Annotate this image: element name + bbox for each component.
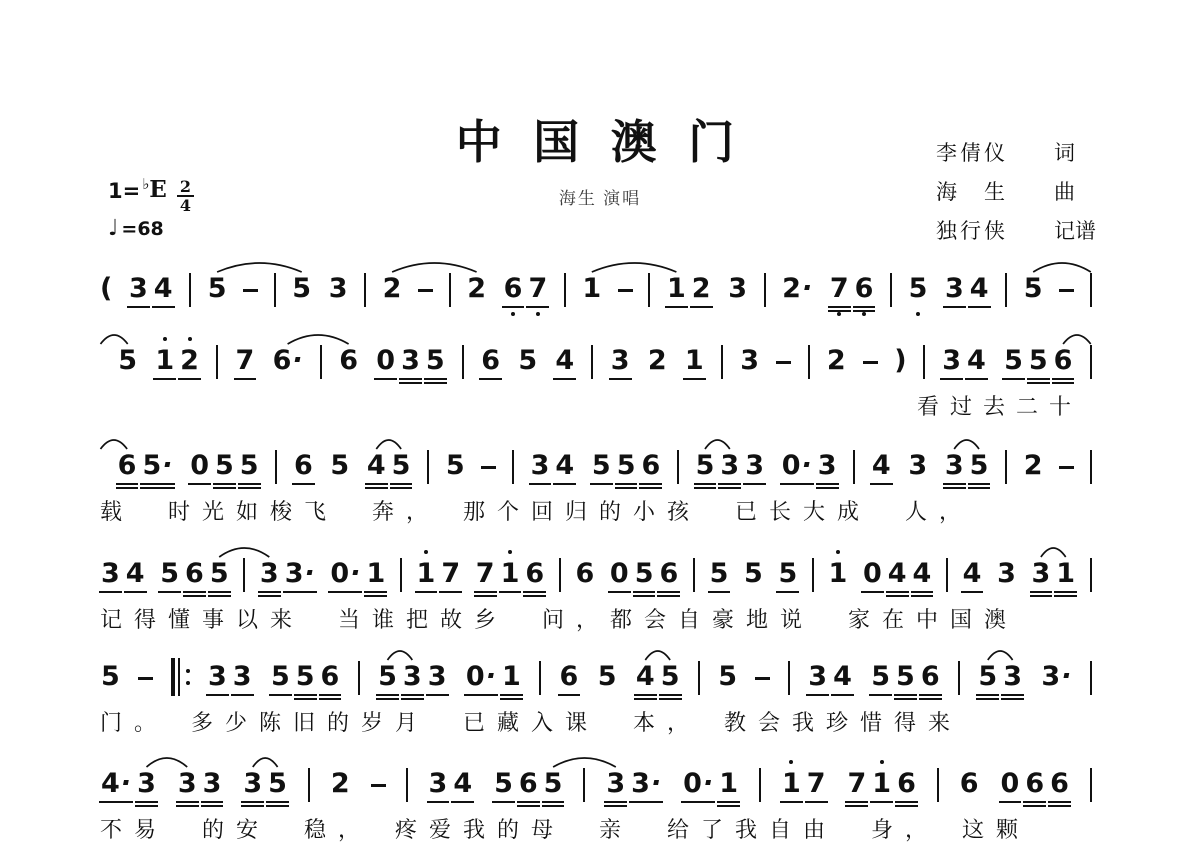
note: 4 <box>871 451 892 493</box>
underline <box>1048 801 1071 803</box>
tie-arc <box>1041 548 1066 557</box>
duration-dot: · <box>651 768 661 799</box>
underline <box>231 694 254 696</box>
note: 0 <box>375 346 396 388</box>
note: 3 <box>996 559 1017 601</box>
underline <box>604 805 627 807</box>
note: 6 <box>559 662 580 704</box>
barline <box>693 558 695 592</box>
note: 6 <box>518 769 539 811</box>
underline <box>861 591 884 593</box>
underline <box>399 378 422 380</box>
tempo-bpm: 68 <box>137 218 163 240</box>
note: 6 <box>854 274 875 316</box>
underline <box>1001 694 1024 696</box>
duration-dot: · <box>703 768 713 799</box>
underline <box>718 483 741 485</box>
note: 6 <box>338 346 359 388</box>
tie-arc <box>1063 335 1091 344</box>
tie-arc <box>388 651 413 660</box>
note: 3 <box>177 769 198 811</box>
underline <box>694 487 717 489</box>
underline <box>517 805 540 807</box>
note: 3 <box>807 662 828 704</box>
note: 2 <box>826 346 847 388</box>
note: 4 <box>969 274 990 316</box>
barline <box>189 273 191 307</box>
barline <box>216 345 218 379</box>
underline <box>717 801 740 803</box>
lyrics-row: 记得懂事以来 当谁把故乡 问，都会自豪地说 家在中国澳 <box>100 603 1092 634</box>
note: 4 <box>635 662 656 704</box>
underline <box>805 801 828 803</box>
note: 4 <box>912 559 933 601</box>
underline <box>717 805 740 807</box>
note: 3 <box>727 274 748 316</box>
underline <box>919 694 942 696</box>
underline <box>258 591 281 593</box>
dash-note <box>371 784 386 787</box>
barline <box>400 558 402 592</box>
underline <box>500 694 523 696</box>
underline <box>542 805 565 807</box>
beamed-group: 0·1 <box>329 559 386 601</box>
note: 0· <box>682 769 714 811</box>
barline <box>1005 273 1007 307</box>
underline <box>965 378 988 380</box>
note: 3 <box>719 451 740 493</box>
note: 4 <box>966 346 987 388</box>
system-line-6: 4·3333523456533·0·1177166066不易 的安 稳， 疼爱我… <box>100 753 1092 844</box>
underline <box>188 483 211 485</box>
note: 4 <box>962 559 983 601</box>
duration-dot: · <box>350 558 360 589</box>
note: 2 <box>647 346 668 388</box>
underline <box>558 694 581 696</box>
note: 5 <box>908 274 929 316</box>
underline <box>135 805 158 807</box>
beamed-group: 0·1 <box>465 662 522 704</box>
barline <box>853 450 855 484</box>
beamed-group: 53 <box>977 662 1023 704</box>
note: 5 <box>391 451 412 493</box>
duration-dot: · <box>305 558 315 589</box>
beamed-group: 33· <box>259 559 316 601</box>
octave-dot <box>836 550 840 554</box>
barline <box>358 661 360 695</box>
underline <box>241 805 264 807</box>
underline <box>816 487 839 489</box>
underline <box>1023 801 1046 803</box>
note: 0· <box>781 451 813 493</box>
beamed-group: 0·1 <box>682 769 739 811</box>
note: 3· <box>284 559 316 601</box>
note: 5 <box>695 451 716 493</box>
underline <box>968 487 991 489</box>
note: 1 <box>1055 559 1076 601</box>
underline <box>464 694 498 696</box>
note: 4 <box>153 274 174 316</box>
underline <box>853 306 876 308</box>
note: 5 <box>1023 274 1044 316</box>
tie-arc <box>217 263 302 272</box>
note: 5 <box>117 346 138 388</box>
lyrics-row: 门。 多少陈旧的岁月 已藏入课 本， 教会我珍惜得来 <box>100 706 1092 737</box>
duration-dot: · <box>1061 661 1071 692</box>
underline <box>1054 591 1077 593</box>
underline <box>152 306 175 308</box>
barline <box>937 768 939 802</box>
underline <box>292 483 315 485</box>
tie-arc <box>101 335 128 344</box>
note: 5 <box>870 662 891 704</box>
underline <box>294 694 317 696</box>
note: 5 <box>660 662 681 704</box>
underline <box>365 487 388 489</box>
barline <box>890 273 892 307</box>
barline <box>764 273 766 307</box>
note: 3· <box>1040 662 1072 704</box>
note: 6 <box>1053 346 1074 388</box>
octave-dot <box>424 550 428 554</box>
system-line-5: 5335565330·16545534556533·门。 多少陈旧的岁月 已藏入… <box>100 646 1092 737</box>
underline <box>474 591 497 593</box>
composer-role: 曲 <box>1054 176 1075 206</box>
note: 1 <box>500 559 521 601</box>
note: 5 <box>377 662 398 704</box>
barline <box>274 273 276 307</box>
octave-dot <box>862 312 866 316</box>
transcriber-role: 记谱 <box>1054 215 1096 245</box>
underline <box>911 591 934 593</box>
note: 3 <box>232 662 253 704</box>
tie-arc <box>954 440 979 449</box>
underline <box>961 591 984 593</box>
underline <box>328 591 362 593</box>
tie-arc <box>288 335 349 344</box>
underline <box>390 483 413 485</box>
underline <box>1002 378 1025 380</box>
beamed-group: 17 <box>416 559 462 601</box>
underline <box>140 483 174 485</box>
barline <box>923 345 925 379</box>
underline <box>99 591 122 593</box>
octave-dot <box>880 760 884 764</box>
tie-arc <box>392 263 477 272</box>
note: 5 <box>597 662 618 704</box>
underline <box>968 306 991 308</box>
underline <box>911 595 934 597</box>
underline <box>869 694 892 696</box>
barline <box>591 345 593 379</box>
credit-transcriber: 独行侠 记谱 <box>936 215 1096 245</box>
note: 6 <box>658 559 679 601</box>
note: 5 <box>239 451 260 493</box>
note: 7 <box>475 559 496 601</box>
underline <box>1027 378 1050 380</box>
barline <box>648 273 650 307</box>
dash-note <box>863 361 878 364</box>
note: 4 <box>832 662 853 704</box>
barline <box>1090 661 1092 695</box>
note: 5 <box>295 662 316 704</box>
underline <box>780 483 814 485</box>
underline <box>492 801 515 803</box>
note: 6 <box>293 451 314 493</box>
beamed-group: 056 <box>609 559 679 601</box>
underline <box>1052 382 1075 384</box>
repeat-sign <box>171 658 190 696</box>
note: 7 <box>806 769 827 811</box>
underline <box>529 483 552 485</box>
note: 3 <box>1031 559 1052 601</box>
octave-dot <box>511 312 515 316</box>
barline <box>583 768 585 802</box>
beamed-group: 565 <box>493 769 563 811</box>
underline <box>234 378 257 380</box>
note: 2 <box>382 274 403 316</box>
beamed-group: 34 <box>941 346 987 388</box>
note: 2 <box>466 274 487 316</box>
transcriber-name: 独行侠 <box>936 215 1054 245</box>
underline <box>376 694 399 696</box>
underline <box>828 306 851 308</box>
underline <box>183 595 206 597</box>
note: 6 <box>959 769 980 811</box>
underline <box>895 801 918 803</box>
note: 5 <box>159 559 180 601</box>
note: 5 <box>743 559 764 601</box>
beamed-group: 33 <box>177 769 223 811</box>
duration-dot: · <box>486 661 496 692</box>
note: 4· <box>100 769 132 811</box>
barline <box>958 661 960 695</box>
underline <box>213 487 236 489</box>
dash-note <box>418 289 433 292</box>
underline <box>639 487 662 489</box>
barline <box>946 558 948 592</box>
underline <box>176 805 199 807</box>
credit-lyricist: 李倩仪 词 <box>936 137 1096 167</box>
note: 6 <box>896 769 917 811</box>
underline <box>424 378 447 380</box>
underline <box>451 801 474 803</box>
tie-arc <box>705 440 730 449</box>
note: 4 <box>125 559 146 601</box>
underline <box>153 378 176 380</box>
barline <box>559 558 561 592</box>
dash-note <box>776 361 791 364</box>
barline <box>320 345 322 379</box>
note: 1 <box>581 274 602 316</box>
underline <box>683 378 706 380</box>
underline <box>1054 595 1077 597</box>
note: 1 <box>365 559 386 601</box>
underline <box>665 306 688 308</box>
tie-arc <box>147 758 188 767</box>
underline <box>208 591 231 593</box>
dash-note <box>618 289 633 292</box>
barline <box>308 768 310 802</box>
underline <box>681 801 715 803</box>
note: 3 <box>739 346 760 388</box>
note: 3 <box>242 769 263 811</box>
beamed-group: 12 <box>154 346 200 388</box>
underline <box>319 694 342 696</box>
note: 4 <box>554 451 575 493</box>
underline <box>401 698 424 700</box>
note: 5 <box>895 662 916 704</box>
note: 5 <box>329 451 350 493</box>
underline <box>500 698 523 700</box>
note: 0 <box>1000 769 1021 811</box>
note: 3 <box>207 662 228 704</box>
note: 3 <box>400 346 421 388</box>
duration-dot: · <box>802 273 812 304</box>
beamed-group: 34 <box>428 769 474 811</box>
underline <box>266 801 289 803</box>
underline <box>374 378 397 380</box>
note: 5 <box>517 346 538 388</box>
beamed-group: 12 <box>666 274 712 316</box>
meter-denominator: 4 <box>180 197 191 213</box>
underline <box>657 591 680 593</box>
octave-dot <box>789 760 793 764</box>
note: 6 <box>184 559 205 601</box>
note: 6 <box>503 274 524 316</box>
underline <box>886 595 909 597</box>
underline <box>845 801 868 803</box>
octave-dot <box>536 312 540 316</box>
note: 5 <box>493 769 514 811</box>
underline <box>615 483 638 485</box>
barline <box>1005 450 1007 484</box>
notation-row: 4·3333523456533·0·1177166066 <box>100 753 1092 811</box>
system-line-2: 51276·603565432132)34556看过去二十 <box>100 330 1092 421</box>
note: 5 <box>591 451 612 493</box>
underline <box>999 801 1022 803</box>
beamed-group: 055 <box>189 451 259 493</box>
underline <box>1030 595 1053 597</box>
notation-row: 65·05565455345565330·343352 <box>100 435 1092 493</box>
parenthesis: ( <box>100 274 112 316</box>
underline <box>426 694 449 696</box>
note: 2 <box>691 274 712 316</box>
dash-note <box>1059 289 1074 292</box>
lyrics-row: 看过去二十 <box>100 390 1092 421</box>
underline <box>266 805 289 807</box>
repeat-dots <box>186 669 190 685</box>
note: 0 <box>609 559 630 601</box>
underline <box>1052 378 1075 380</box>
underline <box>364 595 387 597</box>
note: 1 <box>501 662 522 704</box>
note: 5 <box>977 662 998 704</box>
note: 5 <box>214 451 235 493</box>
meter-numerator: 2 <box>177 179 194 197</box>
beamed-group: 556 <box>1003 346 1073 388</box>
underline <box>806 694 829 696</box>
underline <box>99 801 133 803</box>
lyricist-name: 李倩仪 <box>936 137 1054 167</box>
sheet-music-page: 中 国 澳 门 海生 演唱 李倩仪 词 海 生 曲 独行侠 记谱 1=♭E 2 … <box>0 0 1200 850</box>
underline <box>633 591 656 593</box>
note: 3 <box>944 274 965 316</box>
note: 1 <box>871 769 892 811</box>
notation-row: 51276·603565432132)34556 <box>100 330 1092 388</box>
beamed-group: 34 <box>100 559 146 601</box>
underline <box>401 694 424 696</box>
note: 3 <box>427 662 448 704</box>
dash-note <box>1059 466 1074 469</box>
barline <box>364 273 366 307</box>
barline <box>539 661 541 695</box>
underline <box>845 805 868 807</box>
underline <box>831 694 854 696</box>
note: 5 <box>777 559 798 601</box>
underline <box>1001 698 1024 700</box>
barline <box>759 768 761 802</box>
octave-dot <box>188 337 192 341</box>
note: 7 <box>829 274 850 316</box>
tie-arc <box>592 263 677 272</box>
dash-note <box>481 466 496 469</box>
tie-anchor <box>100 358 101 388</box>
beamed-group: 45 <box>366 451 412 493</box>
beamed-group: 17 <box>781 769 827 811</box>
underline <box>718 487 741 489</box>
underline <box>474 595 497 597</box>
barline <box>427 450 429 484</box>
beamed-group: 33· <box>605 769 662 811</box>
note: 6 <box>117 451 138 493</box>
barline <box>462 345 464 379</box>
underline <box>390 487 413 489</box>
underline <box>116 487 139 489</box>
flat-icon: ♭ <box>142 175 149 193</box>
note: 3 <box>530 451 551 493</box>
tie-arc <box>219 548 269 557</box>
underline <box>294 698 317 700</box>
note: 3· <box>630 769 662 811</box>
underline <box>976 694 999 696</box>
note: 3 <box>136 769 157 811</box>
underline <box>365 483 388 485</box>
tie-arc <box>988 651 1013 660</box>
underline <box>943 487 966 489</box>
note: 6 <box>920 662 941 704</box>
note: 7 <box>235 346 256 388</box>
beamed-group: 565 <box>159 559 229 601</box>
beamed-group: 35 <box>944 451 990 493</box>
underline <box>116 483 139 485</box>
octave-dot <box>163 337 167 341</box>
underline <box>690 306 713 308</box>
note: 5 <box>445 451 466 493</box>
repeat-thin-bar <box>178 658 180 696</box>
note: 3 <box>128 274 149 316</box>
barline <box>1090 345 1092 379</box>
underline <box>424 382 447 384</box>
barline <box>1090 450 1092 484</box>
note: 2 <box>1023 451 1044 493</box>
note: 1 <box>666 274 687 316</box>
dash-note <box>243 289 258 292</box>
barline <box>512 450 514 484</box>
underline <box>609 378 632 380</box>
note: 5 <box>616 451 637 493</box>
beamed-group: 716 <box>475 559 545 601</box>
